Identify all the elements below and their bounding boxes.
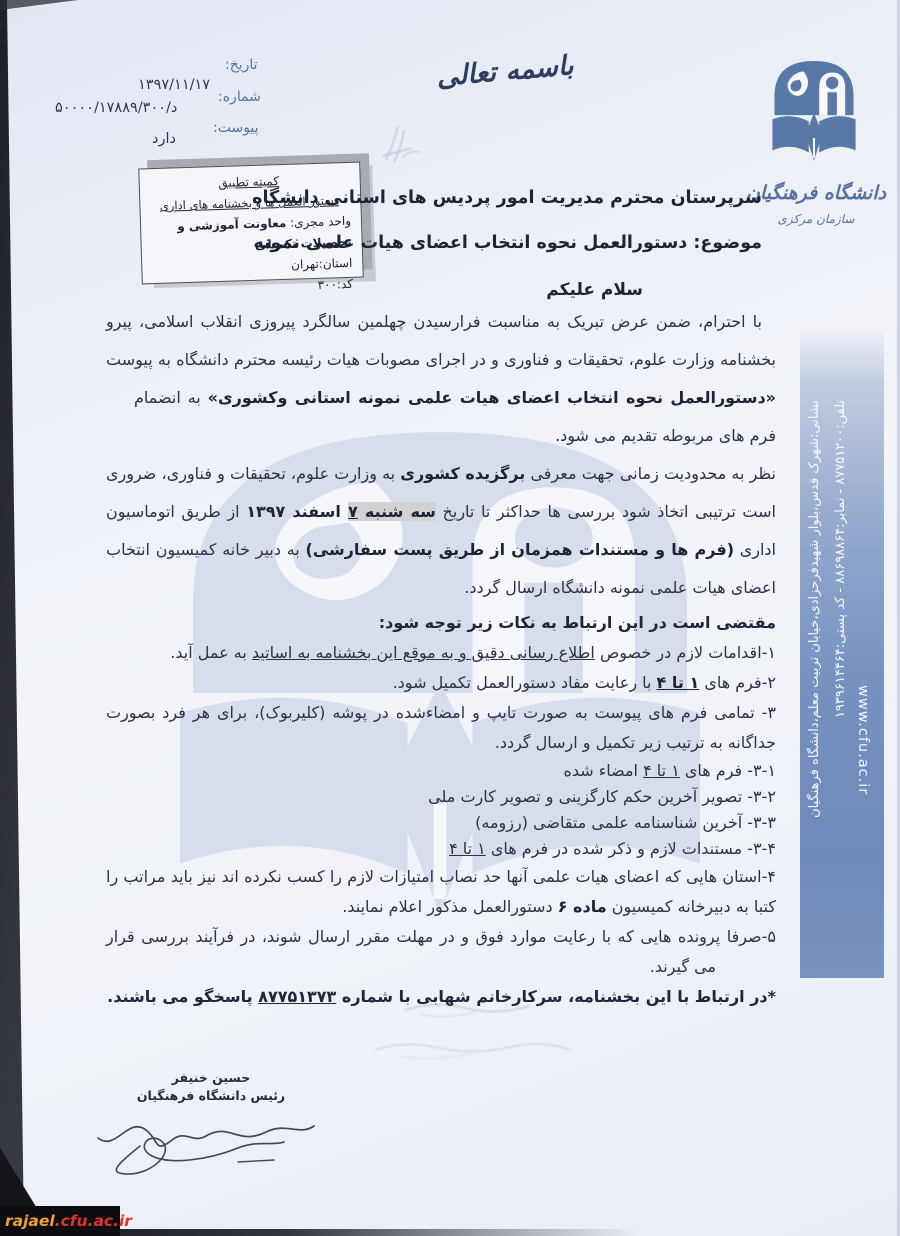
item3-1-s1: ۳-۱- فرم های bbox=[680, 761, 776, 780]
item1-s2: به عمل آید. bbox=[170, 643, 252, 662]
p2-deadline-month: اسفند ۱۳۹۷ bbox=[246, 502, 348, 521]
scan-corner-top-left bbox=[0, 0, 78, 10]
item1-s1: ۱-اقدامات لازم در خصوص bbox=[595, 643, 776, 662]
item2-forms-range: ۱ تا ۴ bbox=[657, 673, 700, 692]
item2-s1: ۲-فرم های bbox=[699, 673, 776, 692]
item-4: ۴-استان هایی که اعضای هیات علمی آنها حد … bbox=[106, 862, 776, 922]
item-2: ۲-فرم های ۱ تا ۴ با رعایت مفاد دستورالعم… bbox=[106, 668, 776, 698]
university-name: دانشگاه فرهنگیان bbox=[740, 182, 892, 204]
scanned-letter-page: تاریخ: ۱۳۹۷/۱۱/۱۷ شماره: د/۵۰۰۰۰/۱۷۸۸۹/۳… bbox=[0, 0, 900, 1236]
p1-bold-directive: «دستورالعمل نحوه انتخاب اعضای هیات علمی … bbox=[208, 388, 776, 407]
item5-mi: می bbox=[694, 957, 716, 976]
item2-s2: با رعایت مفاد دستورالعمل تکمیل شود. bbox=[393, 673, 657, 692]
item-3-2: ۳-۲- تصویر آخرین حکم کارگزینی و تصویر کا… bbox=[106, 784, 776, 810]
pencil-smudge-top bbox=[368, 112, 448, 174]
item3-1-forms-range: ۱ تا ۴ bbox=[643, 761, 680, 780]
item3-4-s1: ۳-۴- مستندات لازم و ذکر شده در فرم های bbox=[486, 839, 776, 858]
number-value: د/۵۰۰۰۰/۱۷۸۸۹/۳۰۰ bbox=[55, 100, 177, 116]
salutation-line: سلام علیکم bbox=[546, 280, 643, 300]
date-value: ۱۳۹۷/۱۱/۱۷ bbox=[138, 77, 210, 93]
university-suborg: سازمان مرکزی bbox=[740, 212, 892, 226]
item-1: ۱-اقدامات لازم در خصوص اطلاع رسانی دقیق … bbox=[106, 638, 776, 668]
item3-4-forms-range: ۱ تا ۴ bbox=[449, 839, 486, 858]
signature-scribble bbox=[88, 1096, 323, 1176]
footnote-phone: ۸۷۷۵۱۳۷۳ bbox=[258, 987, 336, 1006]
item4-s2: دستورالعمل مذکور اعلام نمایند. bbox=[342, 897, 557, 916]
item5-s1: ۵-صرفا پرونده هایی که با رعایت موارد فوق… bbox=[106, 927, 776, 946]
p2-s1: نظر به محدودیت زمانی جهت معرفی bbox=[525, 464, 776, 483]
p1-mid: به انضمام bbox=[134, 388, 208, 407]
site-watermark-prefix: rajael bbox=[5, 1212, 55, 1230]
committee-stamp: کمیته تطبیق دستور العمل ها و بخشنامه های… bbox=[138, 162, 364, 285]
number-label: شماره: bbox=[218, 89, 261, 105]
scan-edge-left bbox=[0, 0, 28, 1236]
p1-post: فرم های مربوطه تقدیم می شود. bbox=[555, 426, 776, 445]
item-3: ۳- تمامی فرم های پیوست به صورت تایپ و ام… bbox=[106, 698, 776, 758]
item-3-3: ۳-۳- آخرین شناسنامه علمی متقاضی (رزومه) bbox=[106, 810, 776, 836]
paragraph-1: با احترام، ضمن عرض تبریک به مناسبت فرارس… bbox=[106, 303, 776, 455]
date-label: تاریخ: bbox=[225, 57, 258, 73]
item4-article6: ماده ۶ bbox=[558, 897, 607, 916]
item-3-1: ۳-۱- فرم های ۱ تا ۴ امضاء شده bbox=[106, 758, 776, 784]
item1-underlined: اطلاع رسانی دقیق و به موقع این بخشنامه ب… bbox=[252, 643, 595, 662]
p1-text: با احترام، ضمن عرض تبریک به مناسبت فرارس… bbox=[106, 312, 776, 369]
sidebar-address: نشانی:شهرک قدس،بلوار شهیدفرحزادی،خیابان … bbox=[802, 400, 828, 980]
p2-bold-national: برگزیده کشوری bbox=[400, 464, 525, 483]
sidebar-contact-block: نشانی:شهرک قدس،بلوار شهیدفرحزادی،خیابان … bbox=[802, 400, 854, 980]
recipient-line: سرپرستان محترم مدیریت امور پردیس های است… bbox=[252, 188, 762, 208]
footnote-s2: پاسخگو می باشند. bbox=[107, 987, 258, 1006]
p2-highlight-day: سه شنبه bbox=[358, 502, 436, 521]
sidebar-website: www.cfu.ac.ir bbox=[853, 685, 873, 835]
attachment-label: پیوست: bbox=[213, 120, 259, 136]
item-3-4: ۳-۴- مستندات لازم و ذکر شده در فرم های ۱… bbox=[106, 836, 776, 862]
paragraph-2: نظر به محدودیت زمانی جهت معرفی برگزیده ک… bbox=[106, 455, 776, 607]
sidebar-phone-fax: تلفن:۸۷۷۵۱۲۰۰ - نمابر:۸۸۶۹۸۸۶۴ - کد پستی… bbox=[828, 400, 854, 980]
attachment-value: دارد bbox=[152, 131, 176, 147]
notice-line: مقتضی است در این ارتباط به نکات زیر توجه… bbox=[106, 607, 776, 638]
site-watermark-banner: rajael.cfu.ac.ir bbox=[0, 1206, 120, 1236]
item-5: ۵-صرفا پرونده هایی که با رعایت موارد فوق… bbox=[106, 922, 776, 982]
p2-bold-postal: (فرم ها و مستندات همزمان از طریق پست سفا… bbox=[305, 540, 734, 559]
item3-1-s2: امضاء شده bbox=[563, 761, 643, 780]
pencil-smudge-bottom bbox=[345, 992, 605, 1072]
letter-body: با احترام، ضمن عرض تبریک به مناسبت فرارس… bbox=[106, 303, 776, 1012]
subject-line: موضوع: دستورالعمل نحوه انتخاب اعضای هیات… bbox=[253, 233, 762, 253]
university-logo-icon bbox=[762, 50, 866, 174]
signatory-name: حسین خنیفر bbox=[150, 1070, 272, 1085]
site-watermark-suffix: .cfu.ac.ir bbox=[55, 1212, 132, 1230]
item5-girand: گیرند. bbox=[650, 957, 689, 976]
stamp-line3-label: واحد مجری: bbox=[290, 214, 351, 230]
besmele-calligraphy: باسمه تعالی bbox=[419, 49, 591, 95]
p2-deadline-day: ۷ bbox=[348, 502, 358, 521]
